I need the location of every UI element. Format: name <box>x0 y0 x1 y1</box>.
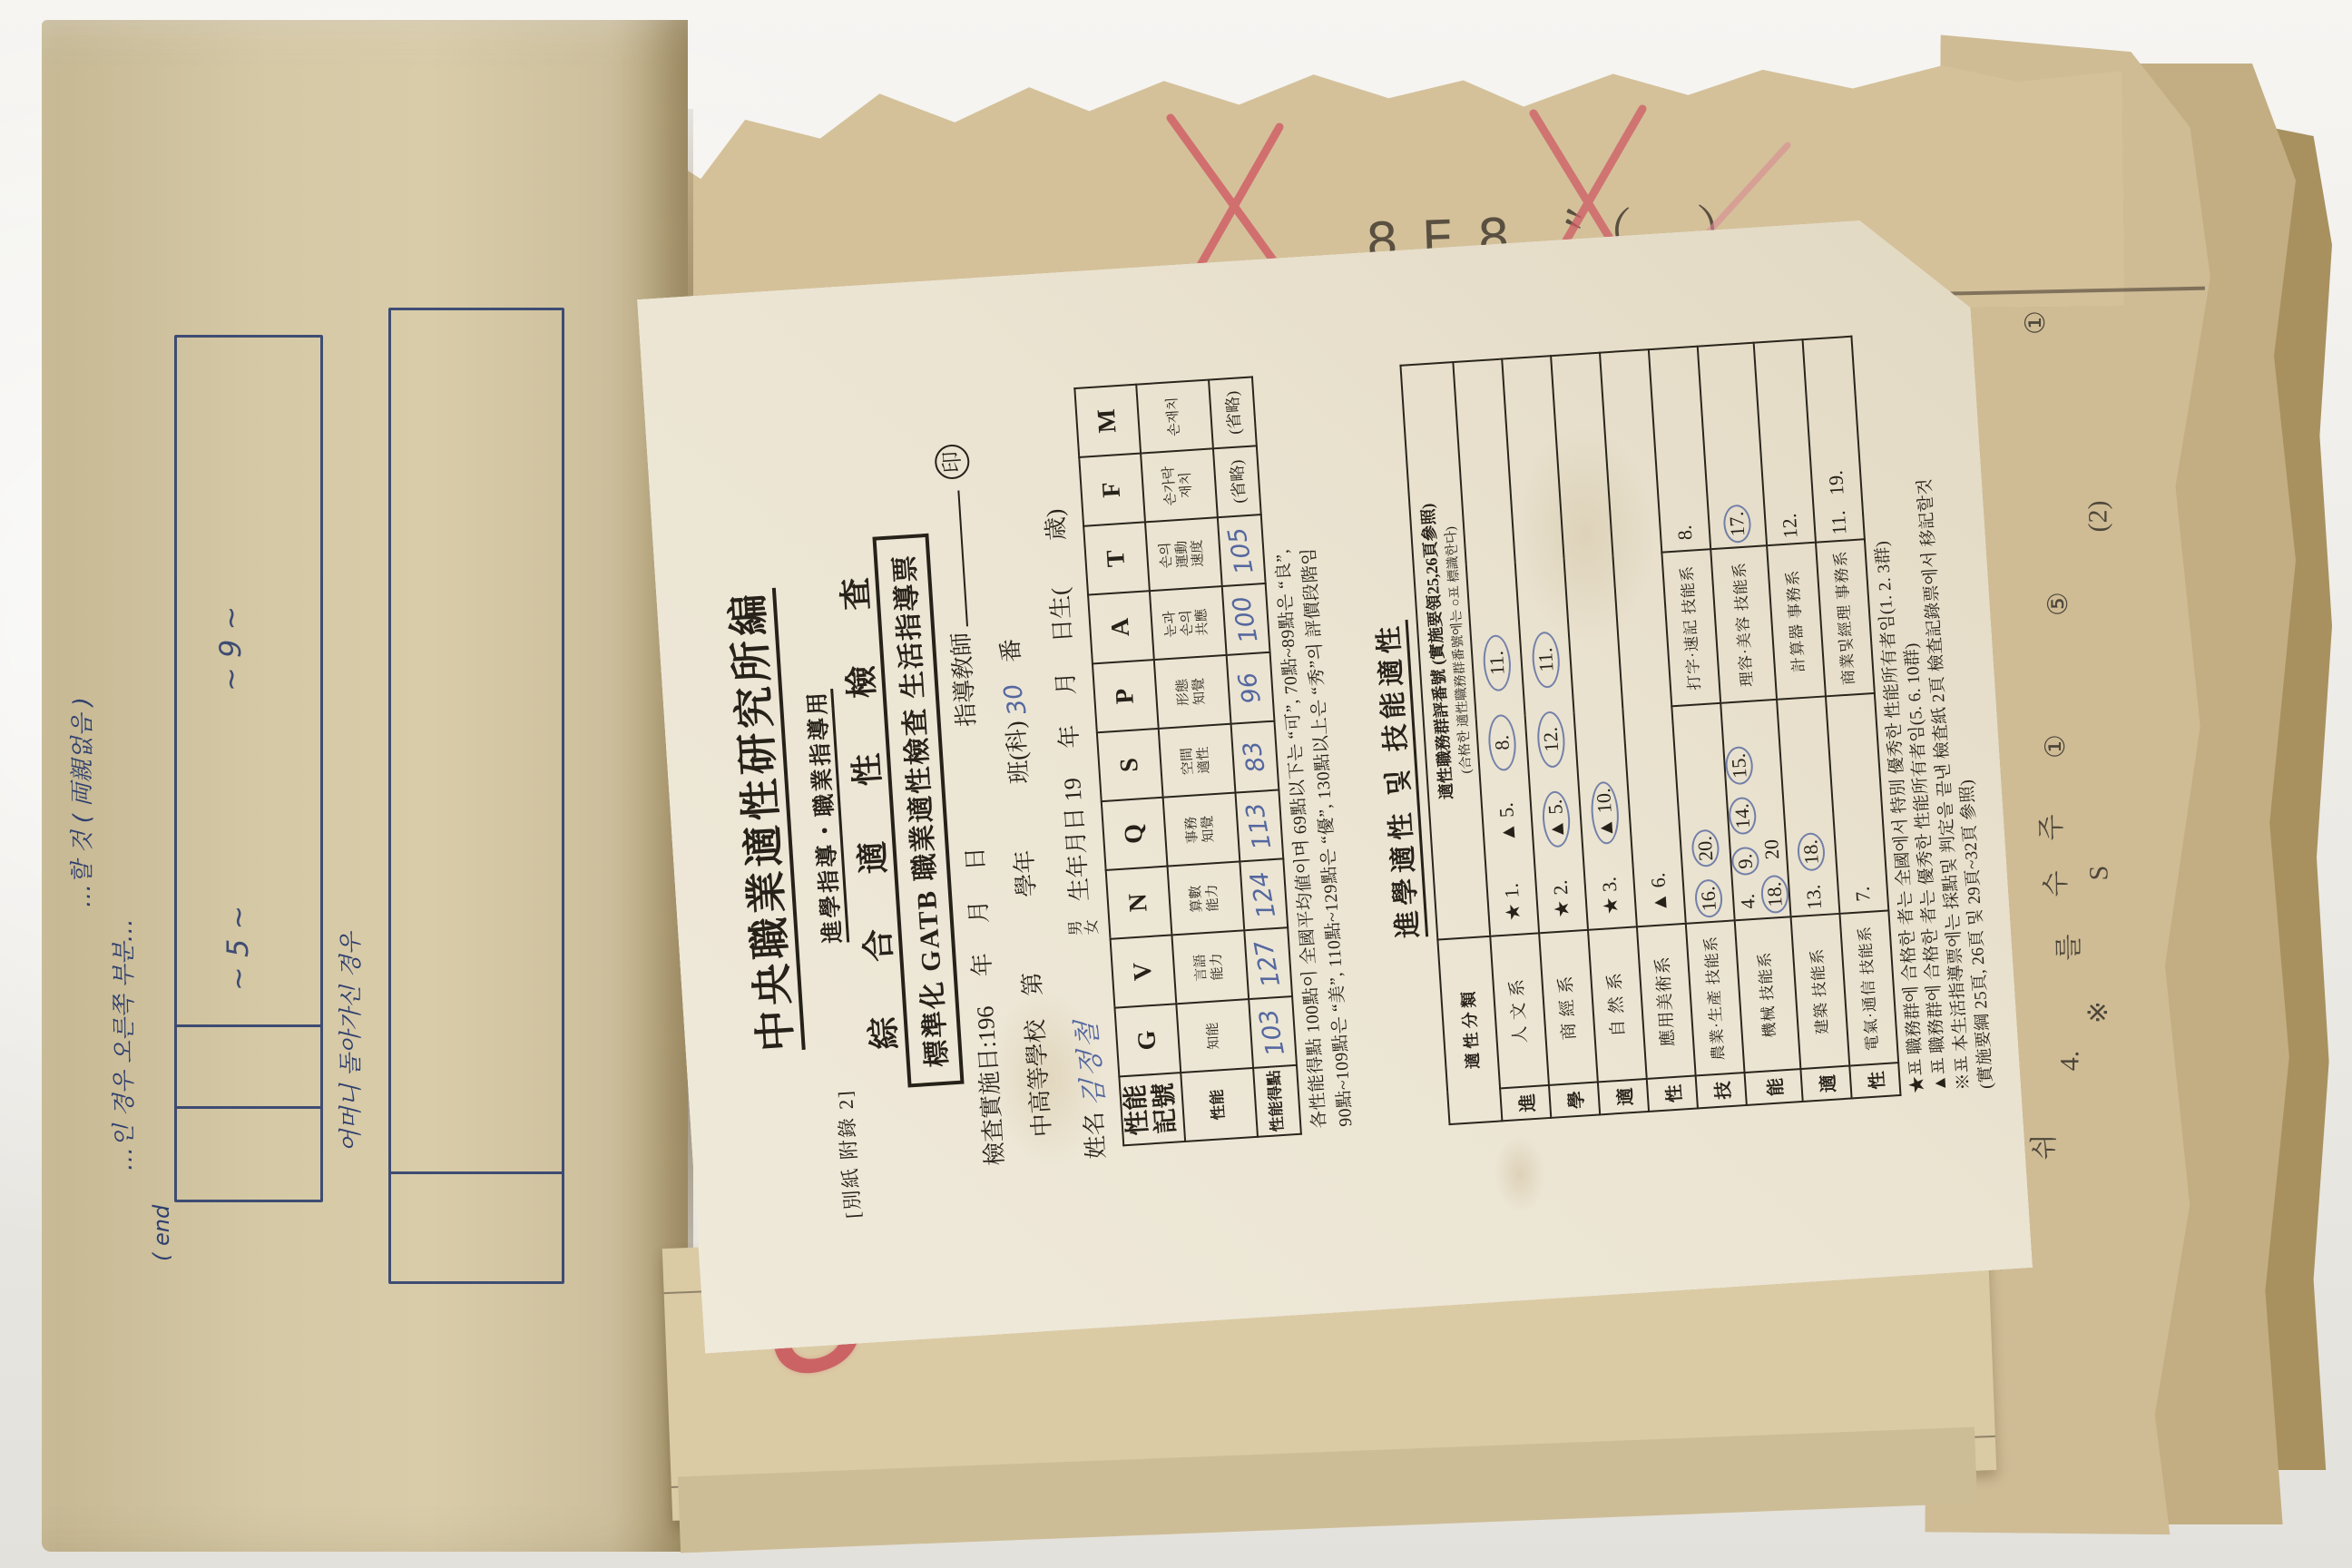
handwritten-tilde-5: ~ 5 ~ <box>220 906 255 991</box>
group-char: 性 <box>1647 1075 1698 1111</box>
gatb-form-sheet-position: 中央職業適性研究所編 [別紙 附錄 2] 進學指導・職業指導用 綜 合 適 性 … <box>637 213 2033 1353</box>
photo-of-document: (3)②①(2)⑤①주수S를※4.쉬 8E8〝（ ） …할 것 ( 両親없음 )… <box>0 0 2352 1568</box>
ability-label-text: 눈과 손의 共應 <box>1162 602 1213 644</box>
handwritten-note-3: 어머니 돌아가신 경우 <box>332 932 366 1152</box>
ability-label-text: 空間適性 <box>1180 740 1214 781</box>
handwritten-note-1: …할 것 ( 両親없음 ) <box>64 697 97 907</box>
group-char: 進 <box>1500 1085 1551 1121</box>
ability-code: Q <box>1102 798 1167 870</box>
omitted-score: (省略) <box>1220 390 1246 436</box>
row-header-ability: 性能 <box>1181 1068 1258 1142</box>
group-number: 7. <box>1850 879 1876 908</box>
handwritten-score: 127 <box>1249 937 1286 988</box>
ability-label-text: 算數能力 <box>1188 877 1222 919</box>
handwritten-score: 124 <box>1245 869 1281 920</box>
ability-label: 손재치 <box>1136 380 1213 454</box>
circled-group-number: 16. <box>1694 879 1724 918</box>
ability-score: 83 <box>1230 721 1279 793</box>
hand-drawn-box-1: ~ 5 ~ ~ 9 ~ <box>174 335 323 1202</box>
handwritten-score: 100 <box>1228 593 1264 644</box>
seal-stamp-icon: 印 <box>934 444 970 480</box>
ability-code: N <box>1106 867 1171 939</box>
box-divider <box>177 1024 320 1027</box>
margin-mark: 주 <box>2028 815 2068 841</box>
margin-mark: (2) <box>2082 501 2113 533</box>
handwritten-name: 김정철 <box>1057 953 1112 1107</box>
ability-score: 113 <box>1235 790 1283 862</box>
gatb-guidance-form: 中央職業適性研究所編 [別紙 附錄 2] 進學指導・職業指導用 綜 合 適 性 … <box>637 213 2033 1353</box>
ability-code: P <box>1093 660 1158 732</box>
group-char: 適 <box>1800 1066 1851 1102</box>
ability-code: S <box>1097 729 1162 801</box>
ability-label: 손의 運動速度 <box>1145 517 1222 591</box>
circled-group-number: 18. <box>1760 875 1790 914</box>
ability-label-text: 손재치 <box>1165 397 1183 437</box>
ability-label: 知能 <box>1176 999 1253 1073</box>
class-number-suffix: 番 <box>997 638 1025 663</box>
teacher-signature-blank <box>936 490 968 627</box>
hand-drawn-box-2 <box>388 308 564 1284</box>
circled-group-number: 18. <box>1797 832 1827 871</box>
group-char: 能 <box>1745 1069 1803 1105</box>
ability-label: 눈과 손의 共應 <box>1150 586 1227 660</box>
handwritten-tilde-9: ~ 9 ~ <box>213 606 248 691</box>
ability-code: A <box>1088 591 1153 663</box>
group-number: ★ 2. <box>1548 870 1575 928</box>
ability-code: M <box>1074 385 1140 457</box>
ability-label-text: 形態知覺 <box>1175 671 1210 712</box>
row-header-score: 性能得點 <box>1253 1065 1301 1137</box>
circled-group-number: 20. <box>1690 828 1720 867</box>
group-number: ★ 1. <box>1499 873 1526 931</box>
handwritten-end-mark: ( end <box>149 1205 174 1261</box>
group-number: 8. <box>1672 518 1698 547</box>
circled-group-number: 15. <box>1724 746 1754 785</box>
circled-group-number: 17. <box>1722 505 1752 544</box>
ability-label: 言語能力 <box>1171 930 1249 1004</box>
teacher-label: 指導敎師 <box>947 632 980 728</box>
ability-score: 96 <box>1226 652 1274 724</box>
ability-label: 손가락 재치 <box>1141 448 1218 522</box>
ability-label: 事務知覺 <box>1162 793 1240 867</box>
series-label: 理容·美容 技能系 <box>1710 545 1777 703</box>
group-number: ▲ 6. <box>1646 864 1673 922</box>
ability-label-text: 손의 運動速度 <box>1158 533 1209 575</box>
series-label: 商業및經理 事務系 <box>1816 539 1875 696</box>
group-number: ▲ 5. <box>1494 794 1521 852</box>
name-label: 姓名 <box>1081 1111 1110 1160</box>
circled-group-number: 8. <box>1487 714 1518 772</box>
ability-label: 算數能力 <box>1167 861 1244 935</box>
handwritten-score: 83 <box>1238 739 1271 775</box>
ability-label-text: 事務知覺 <box>1184 808 1219 850</box>
group-number: ★ 3. <box>1597 867 1624 925</box>
ability-code: T <box>1083 522 1149 594</box>
ability-score: 105 <box>1217 514 1265 586</box>
circled-group-number: ▲ 5. <box>1541 790 1572 848</box>
group-char: 技 <box>1696 1073 1747 1108</box>
series-label: 電氣·通信 技能系 <box>1839 910 1898 1065</box>
margin-mark: 4. <box>2054 1051 2085 1072</box>
group-number: 13. <box>1801 883 1827 912</box>
margin-mark: 를 <box>2045 935 2085 961</box>
aptitude-classification-table: 適 性 分 類 適性職務群評番號 (實施要領25,26頁參照) (合格한 適性職… <box>1399 336 1901 1126</box>
handwritten-class-number: 30 <box>995 666 1033 718</box>
circled-group-number: 11. <box>1531 631 1562 689</box>
handwritten-note-2: …인 경우 오른쪽 부분… <box>105 918 139 1171</box>
margin-mark: ⑤ <box>2043 592 2074 616</box>
ability-label: 形態知覺 <box>1153 655 1230 729</box>
circled-group-number: 14. <box>1728 797 1758 836</box>
series-label: 機械 技能系 <box>1735 916 1801 1073</box>
ability-score: (省略) <box>1213 446 1261 517</box>
ability-code: V <box>1111 935 1176 1007</box>
circled-group-number: 9. <box>1731 847 1760 876</box>
ability-score: 103 <box>1249 996 1297 1068</box>
ability-code: F <box>1079 454 1144 526</box>
left-page-handwriting-area: …할 것 ( 両親없음 ) …인 경우 오른쪽 부분… ( end ~ 5 ~ … <box>54 27 635 1534</box>
handwritten-score: 103 <box>1254 1006 1290 1057</box>
ability-score: (省略) <box>1209 377 1257 448</box>
group-char: 學 <box>1549 1082 1600 1117</box>
circled-group-number: 11. <box>1482 634 1513 692</box>
margin-mark: ① <box>2040 734 2072 759</box>
ability-code: G <box>1114 1004 1180 1076</box>
box-divider <box>177 1106 320 1109</box>
class-label: 班(科) <box>1003 720 1033 785</box>
ability-label-text: 言語能力 <box>1192 946 1227 988</box>
circled-group-number: ▲ 10. <box>1590 781 1621 846</box>
margin-mark: 수 <box>2033 871 2073 897</box>
row-header-code: 性能記號 <box>1119 1073 1184 1145</box>
margin-mark: ※ <box>2082 1001 2114 1024</box>
ability-score: 124 <box>1240 858 1288 930</box>
handwritten-score: 105 <box>1223 524 1259 575</box>
ability-label-text: 손가락 재치 <box>1161 465 1196 506</box>
ability-label: 空間適性 <box>1158 724 1235 798</box>
ability-score: 127 <box>1244 927 1292 999</box>
box-divider <box>391 1171 562 1174</box>
group-char: 性 <box>1849 1063 1900 1098</box>
circled-group-number: 12. <box>1535 710 1566 769</box>
margin-mark: ① <box>2020 310 2052 335</box>
ability-score-table: 性能記號GVNQSPATFM性能知能言語能力算數能力事務知覺空間適性形態知覺눈과… <box>1073 376 1301 1146</box>
ability-label-text: 知能 <box>1205 1015 1223 1056</box>
handwritten-score: 113 <box>1240 800 1277 851</box>
ability-score: 100 <box>1221 583 1269 655</box>
gender-choice: 男 女 <box>1067 918 1101 936</box>
group-number: 20 <box>1759 835 1785 864</box>
omitted-score: (省略) <box>1223 459 1249 505</box>
group-number: 12. <box>1778 512 1803 541</box>
handwritten-score: 96 <box>1233 671 1267 707</box>
margin-mark: 쉬 <box>2021 1134 2061 1161</box>
group-number: 19. <box>1824 468 1849 497</box>
exam-date-label: 檢査實施日:196 年 月 日 <box>962 847 1009 1167</box>
group-number: 11. <box>1827 508 1852 537</box>
group-number: 4. <box>1735 887 1760 916</box>
group-char: 適 <box>1598 1079 1649 1114</box>
margin-mark: S <box>2083 866 2114 881</box>
